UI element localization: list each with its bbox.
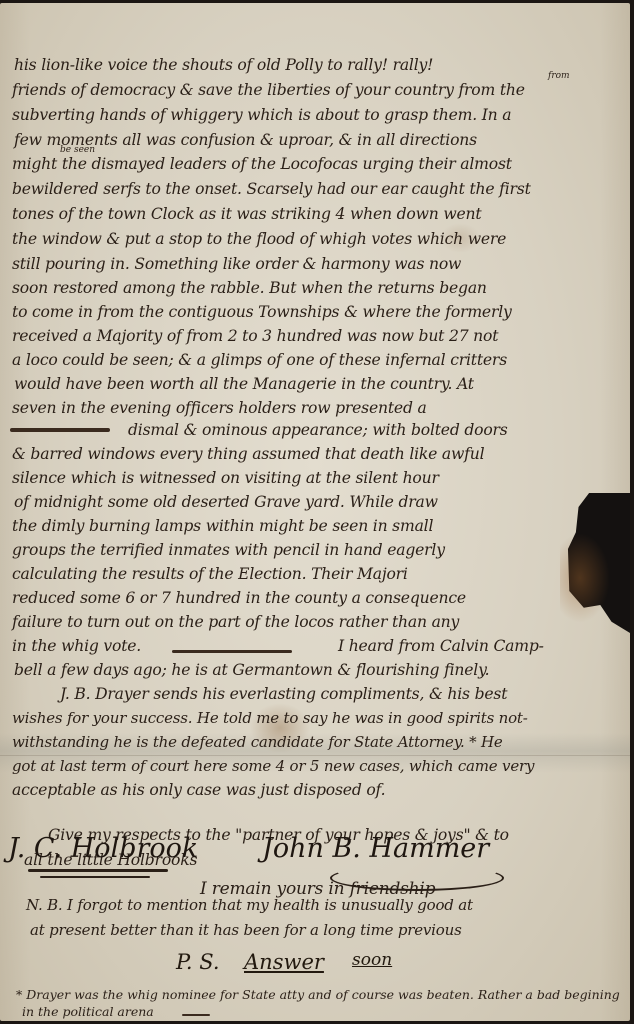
footnote-line: * Drayer was the whig nominee for State … — [16, 987, 620, 1002]
body-line: calculating the results of the Election.… — [12, 565, 408, 583]
body-line: failure to turn out on the part of the l… — [12, 613, 459, 631]
body-line: the window & put a stop to the flood of … — [12, 230, 506, 248]
body-line: groups the terrified inmates with pencil… — [12, 541, 445, 559]
ps-answer: Answer — [244, 950, 324, 974]
body-line: might the dismayed leaders of the Locofo… — [12, 155, 512, 173]
body-line: received a Majority of from 2 to 3 hundr… — [12, 327, 498, 345]
nb-line: at present better than it has been for a… — [30, 921, 462, 939]
body-line: to come in from the contiguous Townships… — [12, 303, 512, 321]
ps-heading: P. S. — [176, 950, 220, 974]
body-line: I heard from Calvin Camp- — [338, 637, 544, 655]
body-line: still pouring in. Something like order &… — [12, 255, 461, 273]
body-line: bewildered serfs to the onset. Scarsely … — [12, 180, 531, 198]
body-line: tones of the town Clock as it was striki… — [12, 205, 481, 223]
body-line: bell a few days ago; he is at Germantown… — [14, 661, 489, 679]
body-line: his lion-like voice the shouts of old Po… — [14, 56, 433, 74]
body-line: withstanding he is the defeated candidat… — [12, 733, 503, 751]
signature-flourish — [330, 865, 504, 891]
ps-soon: soon — [352, 950, 392, 970]
addressee-signature: J. C. Holbrook — [8, 833, 198, 864]
body-line: a loco could be seen; & a glimps of one … — [12, 351, 507, 369]
body-line: of midnight some old deserted Grave yard… — [14, 493, 438, 511]
body-line: the dimly burning lamps within might be … — [12, 517, 433, 535]
footnote-line: in the political arena — [22, 1004, 154, 1019]
body-line: subverting hands of whiggery which is ab… — [12, 106, 511, 124]
signature-underline — [28, 869, 168, 872]
body-line: in the whig vote. — [12, 637, 141, 655]
insertion-mark: be seen — [60, 145, 95, 155]
body-line: acceptable as his only case was just dis… — [12, 781, 385, 799]
body-line: would have been worth all the Managerie … — [14, 375, 474, 393]
body-line: J. B. Drayer sends his everlasting compl… — [60, 685, 507, 703]
body-line: seven in the evening officers holders ro… — [12, 399, 427, 417]
body-line: & barred windows every thing assumed tha… — [12, 445, 484, 463]
body-line: silence which is witnessed on visiting a… — [12, 469, 439, 487]
insertion-mark: from — [548, 71, 570, 81]
body-line: dismal & ominous appearance; with bolted… — [128, 421, 508, 439]
nb-line: N. B. I forgot to mention that my health… — [26, 896, 473, 914]
signature-underline — [40, 876, 150, 878]
body-line: reduced some 6 or 7 hundred in the count… — [12, 589, 466, 607]
author-signature: John B. Hammer — [262, 833, 489, 864]
body-line: wishes for your success. He told me to s… — [12, 709, 528, 727]
tear-stain — [560, 533, 610, 623]
struck-out-word — [10, 428, 110, 432]
body-line: soon restored among the rabble. But when… — [12, 279, 487, 297]
dash-rule — [182, 1014, 210, 1016]
body-line: got at last term of court here some 4 or… — [12, 757, 534, 775]
dash-rule — [172, 650, 292, 653]
letter-page: his lion-like voice the shouts of old Po… — [0, 3, 630, 1021]
fold-line — [0, 755, 630, 756]
body-line: friends of democracy & save the libertie… — [12, 81, 525, 99]
